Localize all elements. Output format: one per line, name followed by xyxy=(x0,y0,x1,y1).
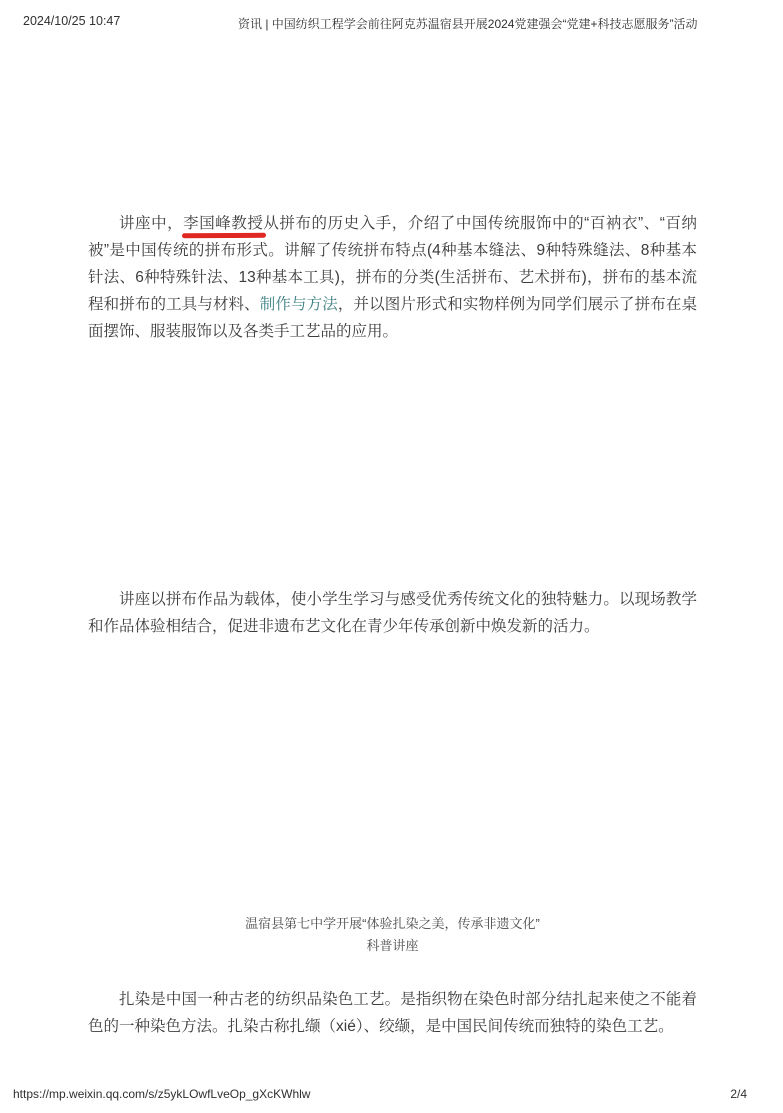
paragraph1-text-before: 讲座中， xyxy=(119,215,183,232)
print-footer-page-indicator: 2/4 xyxy=(730,1087,747,1101)
caption-line-1: 温宿县第七中学开展“体验扎染之美，传承非遗文化” xyxy=(88,913,697,935)
print-header-datetime: 2024/10/25 10:47 xyxy=(23,14,120,28)
paragraph1-teal-highlight: 制作与方法 xyxy=(260,296,338,313)
article-paragraph-lecture-summary: 讲座以拼布作品为载体，使小学生学习与感受优秀传统文化的独特魅力。以现场教学和作品… xyxy=(88,586,697,640)
print-preview-page: { "header": { "datetime": "2024/10/25 10… xyxy=(0,0,783,1113)
article-paragraph-lecture-intro: 讲座中，李国峰教授从拼布的历史入手，介绍了中国传统服饰中的“百衲衣”、“百纳被”… xyxy=(88,210,697,345)
print-footer-source-url: https://mp.weixin.qq.com/s/z5ykLOwfLveOp… xyxy=(13,1087,310,1101)
print-header-article-title: 资讯 | 中国纺织工程学会前往阿克苏温宿县开展2024党建强会“党建+科技志愿服… xyxy=(238,15,697,32)
image-caption-block: 温宿县第七中学开展“体验扎染之美，传承非遗文化” 科普讲座 xyxy=(88,913,697,957)
professor-name-red-underlined: 李国峰教授 xyxy=(183,215,263,232)
caption-line-2: 科普讲座 xyxy=(88,935,697,957)
article-paragraph-tie-dye-intro: 扎染是中国一种古老的纺织品染色工艺。是指织物在染色时部分结扎起来使之不能着色的一… xyxy=(88,986,697,1040)
